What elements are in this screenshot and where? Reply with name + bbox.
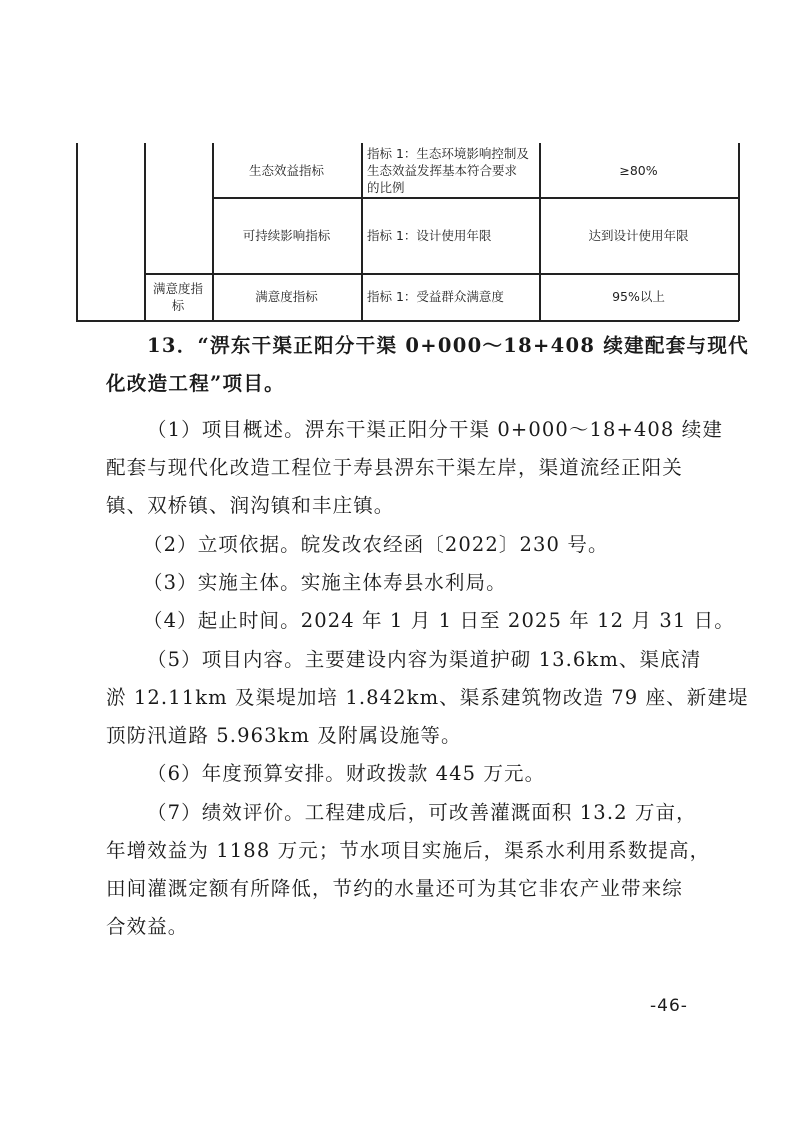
table-border-right [738, 143, 740, 321]
cell-text: ≥80% [619, 162, 657, 179]
table-cell-value: 达到设计使用年限 [539, 197, 738, 273]
paragraph-overview-line-1: （1）项目概述。淠东干渠正阳分干渠 0+000～18+408 续建 [147, 418, 723, 442]
cell-text: 达到设计使用年限 [588, 227, 688, 244]
document-page: 生态效益指标 指标 1：生态环境影响控制及 生态效益发挥基本符合要求 的比例 ≥… [0, 0, 795, 1122]
table-border-bottom [76, 320, 739, 322]
table-cell-level2: 生态效益指标 [212, 143, 361, 197]
table-cell-indicator: 指标 1：生态环境影响控制及 生态效益发挥基本符合要求 的比例 [361, 143, 539, 197]
paragraph-overview-line-2: 配套与现代化改造工程位于寿县淠东干渠左岸，渠道流经正阳关 [106, 456, 683, 480]
table-cell-indicator: 指标 1：受益群众满意度 [361, 273, 539, 320]
table-cell-level1: 满意度指 标 [144, 273, 212, 320]
table-cell-indicator: 指标 1：设计使用年限 [361, 197, 539, 273]
cell-text: 指标 1：设计使用年限 [367, 227, 491, 244]
paragraph-evaluation-line-3: 田间灌溉定额有所降低，节约的水量还可为其它非农产业带来综 [106, 877, 683, 901]
cell-text-line: 指标 1：生态环境影响控制及 [367, 145, 529, 162]
cell-text: 生态效益指标 [249, 162, 324, 179]
table-cell-level2: 满意度指标 [212, 273, 361, 320]
cell-text-line: 满意度指 [153, 280, 203, 297]
paragraph-content-line-1: （5）项目内容。主要建设内容为渠道护砌 13.6km、渠底清 [147, 648, 701, 672]
paragraph-content-line-3: 顶防汛道路 5.963km 及附属设施等。 [106, 724, 462, 748]
table-cell-value: 95%以上 [539, 273, 738, 320]
table-cell-level2: 可持续影响指标 [212, 197, 361, 273]
paragraph-evaluation-line-4: 合效益。 [106, 915, 188, 939]
paragraph-basis: （2）立项依据。皖发改农经函〔2022〕230 号。 [143, 533, 609, 557]
paragraph-evaluation-line-2: 年增效益为 1188 万元；节水项目实施后，渠系水利用系数提高， [106, 839, 710, 863]
section-heading-line-1: 13．“淠东干渠正阳分干渠 0+000～18+408 续建配套与现代 [147, 334, 749, 358]
cell-text-line: 生态效益发挥基本符合要求 [367, 162, 517, 179]
paragraph-overview-line-3: 镇、双桥镇、润沟镇和丰庄镇。 [106, 494, 394, 518]
paragraph-content-line-2: 淤 12.11km 及渠堤加培 1.842km、渠系建筑物改造 79 座、新建堤 [106, 686, 749, 710]
performance-indicator-table: 生态效益指标 指标 1：生态环境影响控制及 生态效益发挥基本符合要求 的比例 ≥… [76, 143, 739, 321]
paragraph-budget: （6）年度预算安排。财政拨款 445 万元。 [147, 762, 545, 786]
paragraph-evaluation-line-1: （7）绩效评价。工程建成后，可改善灌溉面积 13.2 万亩， [147, 801, 697, 825]
cell-text-line: 的比例 [367, 179, 405, 196]
paragraph-implementer: （3）实施主体。实施主体寿县水利局。 [143, 571, 507, 595]
cell-text: 可持续影响指标 [243, 227, 331, 244]
cell-text: 指标 1：受益群众满意度 [367, 288, 504, 305]
cell-text-line: 标 [172, 297, 185, 314]
cell-text: 满意度指标 [255, 288, 318, 305]
section-heading-line-2: 化改造工程”项目。 [106, 372, 285, 396]
page-number: -46- [650, 996, 688, 1016]
paragraph-period: （4）起止时间。2024 年 1 月 1 日至 2025 年 12 月 31 日… [143, 609, 735, 633]
table-cell-value: ≥80% [539, 143, 738, 197]
table-border-left [76, 143, 78, 321]
cell-text: 95%以上 [612, 288, 665, 305]
